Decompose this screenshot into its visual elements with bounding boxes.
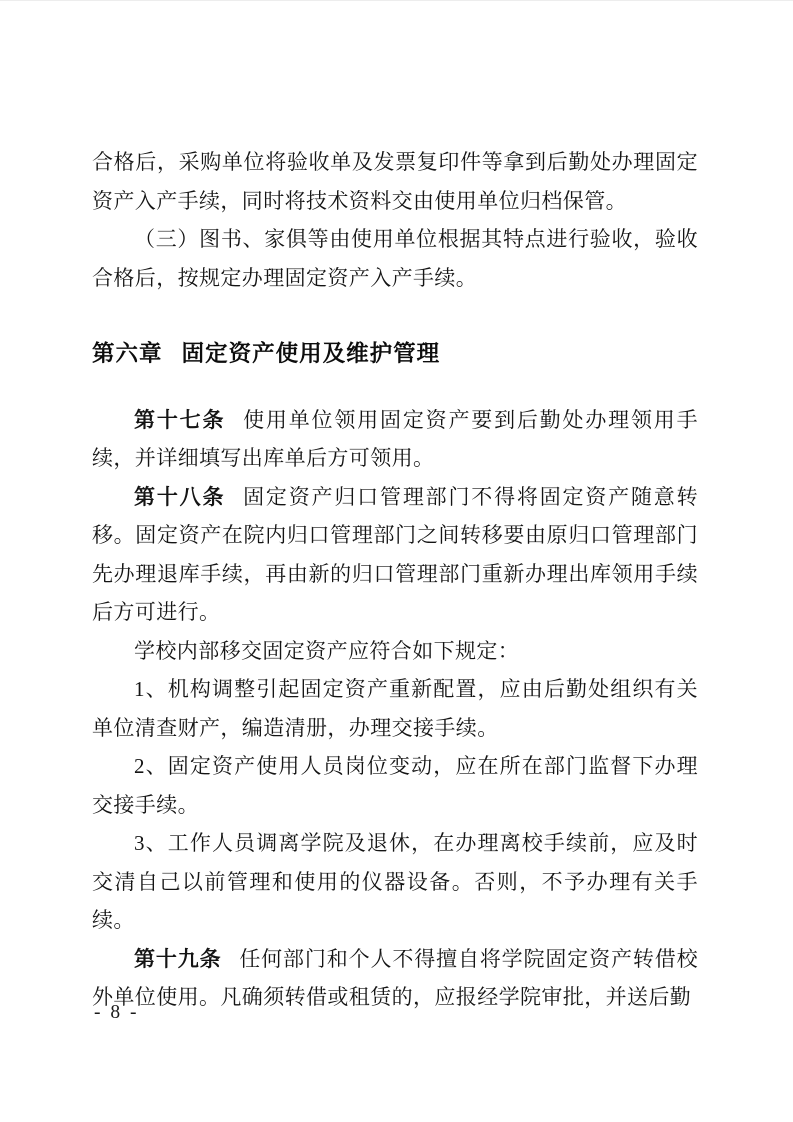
- article-term: 第十八条: [134, 485, 225, 509]
- paragraph-text: 1、机构调整引起固定资产重新配置，应由后勤处组织有关单位清查财产，编造清册，办理…: [92, 677, 698, 740]
- article-19: 第十九条任何部门和个人不得擅自将学院固定资产转借校外单位使用。凡确须转借或租赁的…: [92, 940, 698, 1017]
- paragraph-rule-2: 2、固定资产使用人员岗位变动，应在所在部门监督下办理交接手续。: [92, 747, 698, 824]
- chapter-heading: 第六章固定资产使用及维护管理: [92, 335, 698, 374]
- chapter-number: 第六章: [92, 341, 163, 366]
- paragraph-rule-1: 1、机构调整引起固定资产重新配置，应由后勤处组织有关单位清查财产，编造清册，办理…: [92, 670, 698, 747]
- article-17: 第十七条使用单位领用固定资产要到后勤处办理领用手续，并详细填写出库单后方可领用。: [92, 401, 698, 478]
- document-page: 合格后，采购单位将验收单及发票复印件等拿到后勤处办理固定资产入产手续，同时将技术…: [0, 0, 793, 1122]
- document-body: 合格后，采购单位将验收单及发票复印件等拿到后勤处办理固定资产入产手续，同时将技术…: [92, 143, 698, 1017]
- article-18: 第十八条固定资产归口管理部门不得将固定资产随意转移。固定资产在院内归口管理部门之…: [92, 478, 698, 632]
- paragraph-text: 合格后，采购单位将验收单及发票复印件等拿到后勤处办理固定资产入产手续，同时将技术…: [92, 150, 698, 213]
- paragraph-text: （三）图书、家俱等由使用单位根据其特点进行验收，验收合格后，按规定办理固定资产入…: [92, 227, 698, 290]
- chapter-title: 固定资产使用及维护管理: [182, 341, 441, 366]
- paragraph-rules-intro: 学校内部移交固定资产应符合如下规定：: [92, 632, 698, 671]
- paragraph-text: 2、固定资产使用人员岗位变动，应在所在部门监督下办理交接手续。: [92, 754, 698, 817]
- paragraph-continuation: 合格后，采购单位将验收单及发票复印件等拿到后勤处办理固定资产入产手续，同时将技术…: [92, 143, 698, 220]
- paragraph-item-three: （三）图书、家俱等由使用单位根据其特点进行验收，验收合格后，按规定办理固定资产入…: [92, 220, 698, 297]
- page-number: - 8 -: [94, 1001, 139, 1025]
- article-term: 第十七条: [134, 408, 225, 432]
- article-term: 第十九条: [134, 947, 221, 971]
- paragraph-text: 3、工作人员调离学院及退休，在办理离校手续前，应及时交清自己以前管理和使用的仪器…: [92, 831, 698, 932]
- paragraph-rule-3: 3、工作人员调离学院及退休，在办理离校手续前，应及时交清自己以前管理和使用的仪器…: [92, 824, 698, 940]
- scan-edge-line: [0, 0, 793, 1]
- paragraph-text: 学校内部移交固定资产应符合如下规定：: [134, 639, 519, 663]
